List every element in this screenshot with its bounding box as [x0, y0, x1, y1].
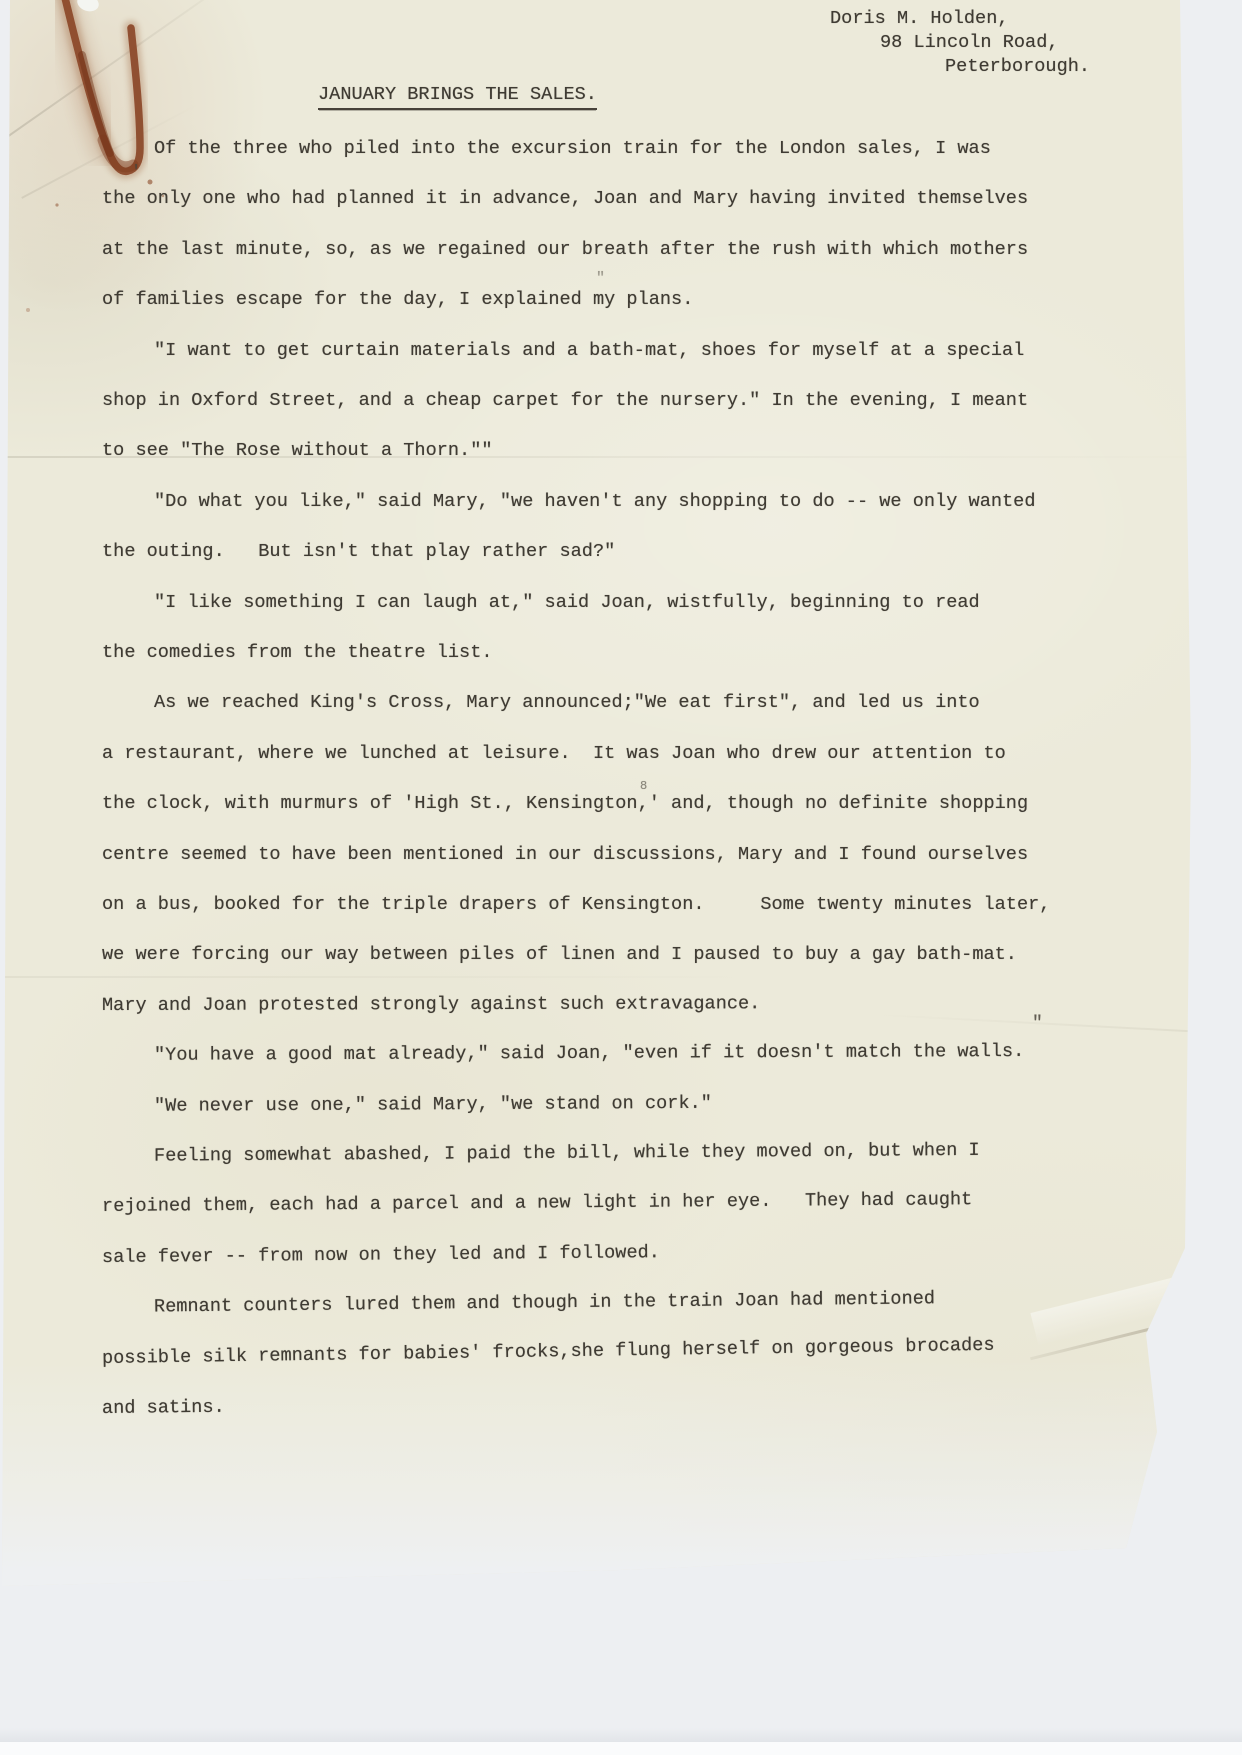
- typed-line: possible silk remnants for babies' frock…: [102, 1334, 995, 1368]
- typed-line: "I want to get curtain materials and a b…: [102, 340, 1024, 361]
- typed-line: Remnant counters lured them and though i…: [102, 1288, 935, 1318]
- typed-line: "Do what you like," said Mary, "we haven…: [102, 491, 1036, 512]
- typed-line: Feeling somewhat abashed, I paid the bil…: [102, 1140, 980, 1167]
- typed-line: on a bus, booked for the triple drapers …: [102, 894, 1050, 915]
- typed-line: a restaurant, where we lunched at leisur…: [102, 743, 1006, 764]
- typed-line: the comedies from the theatre list.: [102, 642, 493, 663]
- document-title: JANUARY BRINGS THE SALES.: [318, 84, 597, 110]
- stray-typed-mark: ": [1032, 1014, 1043, 1034]
- typed-line: "You have a good mat already," said Joan…: [102, 1041, 1024, 1066]
- typed-line: the only one who had planned it in advan…: [102, 188, 1028, 209]
- stray-typed-mark: 8: [640, 779, 647, 793]
- sender-city: Peterborough.: [945, 56, 1090, 78]
- typed-line: centre seemed to have been mentioned in …: [102, 844, 1028, 865]
- corner-fold: [1030, 1272, 1203, 1346]
- typed-line: As we reached King's Cross, Mary announc…: [102, 692, 980, 713]
- stray-typed-mark: ': [131, 163, 141, 182]
- scanner-shadow-strip: [0, 1728, 1242, 1742]
- typed-line: "I like something I can laugh at," said …: [102, 592, 980, 613]
- typed-line: Mary and Joan protested strongly against…: [102, 993, 760, 1016]
- typed-line: the clock, with murmurs of 'High St., Ke…: [102, 793, 1028, 814]
- typed-line: of families escape for the day, I explai…: [102, 289, 693, 310]
- corner-fold-line: [1030, 1319, 1186, 1361]
- typed-line: Of the three who piled into the excursio…: [102, 138, 991, 159]
- scanner-white-strip: [0, 1742, 1242, 1755]
- typed-line: at the last minute, so, as we regained o…: [102, 239, 1028, 260]
- stray-typed-mark: ": [596, 270, 605, 287]
- typed-line: shop in Oxford Street, and a cheap carpe…: [102, 390, 1028, 411]
- typed-line: the outing. But isn't that play rather s…: [102, 541, 615, 562]
- sender-name: Doris M. Holden,: [830, 8, 1009, 30]
- crease-line: [0, 976, 770, 978]
- typed-line: sale fever -- from now on they led and I…: [102, 1242, 660, 1268]
- typed-line: to see "The Rose without a Thorn."": [102, 440, 493, 461]
- typed-line: we were forcing our way between piles of…: [102, 944, 1017, 965]
- typed-line: rejoined them, each had a parcel and a n…: [102, 1190, 972, 1218]
- typed-line: "We never use one," said Mary, "we stand…: [102, 1092, 712, 1116]
- scanned-document-page: Doris M. Holden, 98 Lincoln Road, Peterb…: [0, 0, 1242, 1755]
- typed-line: and satins.: [102, 1397, 225, 1419]
- paper-sheet: Doris M. Holden, 98 Lincoln Road, Peterb…: [0, 0, 1242, 1755]
- sender-street: 98 Lincoln Road,: [880, 32, 1059, 54]
